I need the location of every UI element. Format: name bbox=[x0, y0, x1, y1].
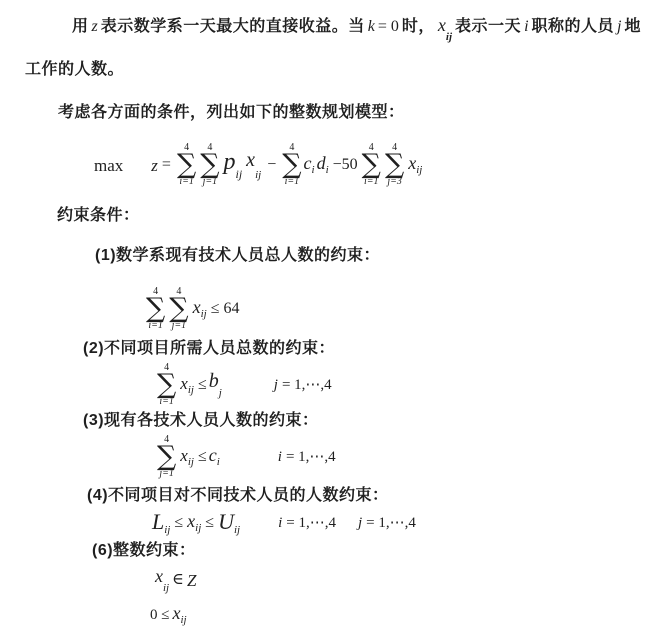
math-subscript: ij bbox=[195, 522, 201, 534]
math-var-x: x bbox=[155, 566, 163, 586]
index-condition: i= 1,⋯,4 bbox=[278, 450, 336, 465]
math-var-x: x bbox=[193, 297, 201, 317]
sigma-icon: ∑ bbox=[146, 297, 165, 321]
sum-operator: 4∑i=1 bbox=[146, 287, 165, 331]
math-term-xij: xij bbox=[172, 604, 186, 626]
math-term-xij: xij bbox=[246, 150, 261, 181]
math-subscript: i bbox=[217, 456, 220, 468]
constraint-3-formula: 4∑j=1 xij ≤ ci i= 1,⋯,4 bbox=[155, 434, 336, 480]
sum-lower-limit: i=1 bbox=[364, 177, 379, 187]
math-term-di: di bbox=[317, 154, 329, 176]
condition-range: = 1,⋯,4 bbox=[286, 515, 336, 531]
sum-operator: 4∑i=1 bbox=[157, 363, 176, 407]
minus-fifty: −50 bbox=[333, 157, 358, 173]
constraint-4-label: (4)不同项目对不同技术人员的人数约束： bbox=[87, 486, 389, 507]
leq-sign: ≤ bbox=[198, 377, 207, 393]
intro-text: 表示一天 bbox=[455, 18, 521, 35]
math-subscript: ij bbox=[446, 31, 452, 43]
math-term-bj: bj bbox=[209, 371, 222, 399]
index-condition: j= 1,⋯,4 bbox=[358, 516, 416, 531]
relation-leq-64: ≤ 64 bbox=[211, 301, 240, 317]
math-var-b: b bbox=[209, 370, 219, 392]
math-var-i: i bbox=[524, 18, 528, 35]
intro-text: 时， bbox=[402, 18, 435, 35]
math-subscript: i bbox=[326, 164, 329, 176]
sum-lower-limit: j=1 bbox=[172, 321, 187, 331]
math-subscript: ij bbox=[163, 582, 169, 594]
math-var-p: p bbox=[224, 149, 236, 175]
leq-sign: ≤ bbox=[174, 515, 183, 531]
math-var-i: i bbox=[278, 515, 282, 531]
math-var-i: i bbox=[278, 449, 282, 465]
math-var-x: x bbox=[246, 149, 255, 171]
element-of-sign: ∈ bbox=[172, 572, 184, 588]
math-subscript: ij bbox=[255, 169, 261, 181]
intro-text: 职称的人员 bbox=[532, 18, 615, 35]
math-var-x: x bbox=[180, 446, 188, 465]
constraint-2-formula: 4∑i=1 xij ≤ bj j= 1,⋯,4 bbox=[155, 362, 332, 408]
math-var-k: k bbox=[368, 18, 375, 35]
math-var-j: j bbox=[358, 515, 362, 531]
constraint-1-formula: 4∑i=1 4∑j=1 xij ≤ 64 bbox=[144, 284, 241, 334]
math-term-xij: xij bbox=[180, 375, 194, 396]
model-intro-line: 考虑各方面的条件，列出如下的整数规划模型： bbox=[58, 103, 405, 124]
condition-range: = 1,⋯,4 bbox=[366, 515, 416, 531]
sum-operator: 4∑i=1 bbox=[177, 143, 196, 187]
sigma-icon: ∑ bbox=[200, 153, 219, 177]
index-condition: j= 1,⋯,4 bbox=[274, 378, 332, 393]
sigma-icon: ∑ bbox=[385, 153, 404, 177]
sum-operator: 4∑j=1 bbox=[200, 143, 219, 187]
math-var-x: x bbox=[180, 374, 188, 393]
constraint-2-label: (2)不同项目所需人员总数的约束： bbox=[83, 339, 335, 360]
sum-lower-limit: j=1 bbox=[203, 177, 218, 187]
intro-text: 表示数学系一天最大的直接收益。当 bbox=[101, 18, 365, 35]
sigma-icon: ∑ bbox=[157, 373, 176, 397]
intro-line-2: 工作的人数。 bbox=[25, 60, 124, 81]
sum-operator: 4∑j=1 bbox=[157, 435, 176, 479]
sum-lower-limit: i=1 bbox=[148, 321, 163, 331]
intro-text: 地 bbox=[624, 18, 641, 35]
minus-sign: − bbox=[267, 157, 276, 173]
sum-operator: 4∑i=1 bbox=[362, 143, 381, 187]
math-var-x: x bbox=[438, 15, 446, 35]
math-term-ci: ci bbox=[209, 446, 220, 468]
math-term-Lij: Lij bbox=[152, 511, 170, 536]
condition-range: = 1,⋯,4 bbox=[286, 449, 336, 465]
math-term-ci: ci bbox=[304, 154, 315, 176]
math-subscript: ij bbox=[236, 167, 243, 181]
sigma-icon: ∑ bbox=[282, 153, 301, 177]
constraint-6-formula-integer: xij ∈ Z bbox=[155, 566, 196, 594]
math-eq-zero: = 0 bbox=[378, 18, 399, 35]
condition-range: = 1,⋯,4 bbox=[282, 377, 332, 393]
sigma-icon: ∑ bbox=[157, 445, 176, 469]
math-subscript: ij bbox=[188, 456, 194, 468]
math-var-j: j bbox=[274, 377, 278, 393]
math-term-xij: xij bbox=[438, 14, 452, 44]
math-subscript: ij bbox=[188, 384, 194, 396]
math-var-d: d bbox=[317, 153, 326, 173]
math-var-U: U bbox=[218, 509, 234, 534]
intro-line-1: 用z表示数学系一天最大的直接收益。当k= 0时，xij表示一天i职称的人员j地 bbox=[72, 14, 641, 44]
constraint-3-label: (3)现有各技术人员人数的约束： bbox=[83, 411, 319, 432]
sum-lower-limit: j=1 bbox=[159, 469, 174, 479]
max-operator: max bbox=[94, 157, 123, 174]
math-term-pij: pij bbox=[224, 150, 243, 180]
sum-lower-limit: j=3 bbox=[387, 177, 402, 187]
math-subscript: ij bbox=[416, 164, 422, 176]
sum-operator: 4∑j=1 bbox=[169, 287, 188, 331]
math-var-z: z bbox=[92, 18, 98, 35]
equals-sign: = bbox=[162, 157, 171, 173]
math-subscript: i bbox=[312, 164, 315, 176]
math-var-L: L bbox=[152, 509, 164, 534]
math-term-Uij: Uij bbox=[218, 511, 240, 536]
math-var-j: j bbox=[617, 18, 621, 35]
math-var-Z: Z bbox=[187, 572, 196, 589]
math-subscript: ij bbox=[234, 524, 240, 536]
objective-formula: max z = 4∑i=1 4∑j=1 pij xij − 4∑i=1 ci d… bbox=[94, 137, 424, 193]
math-var-c: c bbox=[209, 445, 217, 465]
sigma-icon: ∑ bbox=[362, 153, 381, 177]
constraint-4-formula: Lij ≤ xij ≤ Uij i= 1,⋯,4 j= 1,⋯,4 bbox=[152, 508, 416, 538]
math-subscript: ij bbox=[180, 614, 186, 626]
constraint-1-label: (1)数学系现有技术人员总人数的约束： bbox=[95, 246, 380, 267]
sum-lower-limit: i=1 bbox=[285, 177, 300, 187]
sum-operator: 4∑j=3 bbox=[385, 143, 404, 187]
math-var-z: z bbox=[151, 157, 158, 174]
sum-operator: 4∑i=1 bbox=[282, 143, 301, 187]
constraint-6-formula-nonneg: 0 ≤ xij bbox=[150, 601, 190, 629]
sigma-icon: ∑ bbox=[177, 153, 196, 177]
math-var-c: c bbox=[304, 153, 312, 173]
math-subscript: j bbox=[219, 387, 222, 399]
constraints-heading: 约束条件： bbox=[57, 206, 140, 227]
math-term-xij: xij bbox=[180, 447, 194, 468]
document-page: 用z表示数学系一天最大的直接收益。当k= 0时，xij表示一天i职称的人员j地 … bbox=[0, 0, 672, 642]
constraint-6-label: (6)整数约束： bbox=[92, 541, 196, 562]
leq-sign: ≤ bbox=[205, 515, 214, 531]
index-condition: i= 1,⋯,4 bbox=[278, 516, 336, 531]
sum-lower-limit: i=1 bbox=[159, 397, 174, 407]
sum-lower-limit: i=1 bbox=[179, 177, 194, 187]
math-term-xij: xij bbox=[155, 567, 169, 594]
math-term-xij: xij bbox=[193, 298, 207, 320]
math-subscript: ij bbox=[164, 524, 170, 536]
intro-text: 用 bbox=[72, 18, 89, 35]
math-term-xij: xij bbox=[408, 154, 422, 176]
leq-sign: ≤ bbox=[198, 449, 207, 465]
math-subscript: ij bbox=[201, 308, 207, 320]
zero-leq: 0 ≤ bbox=[150, 608, 169, 623]
math-term-xij: xij bbox=[187, 512, 201, 534]
sigma-icon: ∑ bbox=[169, 297, 188, 321]
math-var-x: x bbox=[187, 511, 195, 531]
